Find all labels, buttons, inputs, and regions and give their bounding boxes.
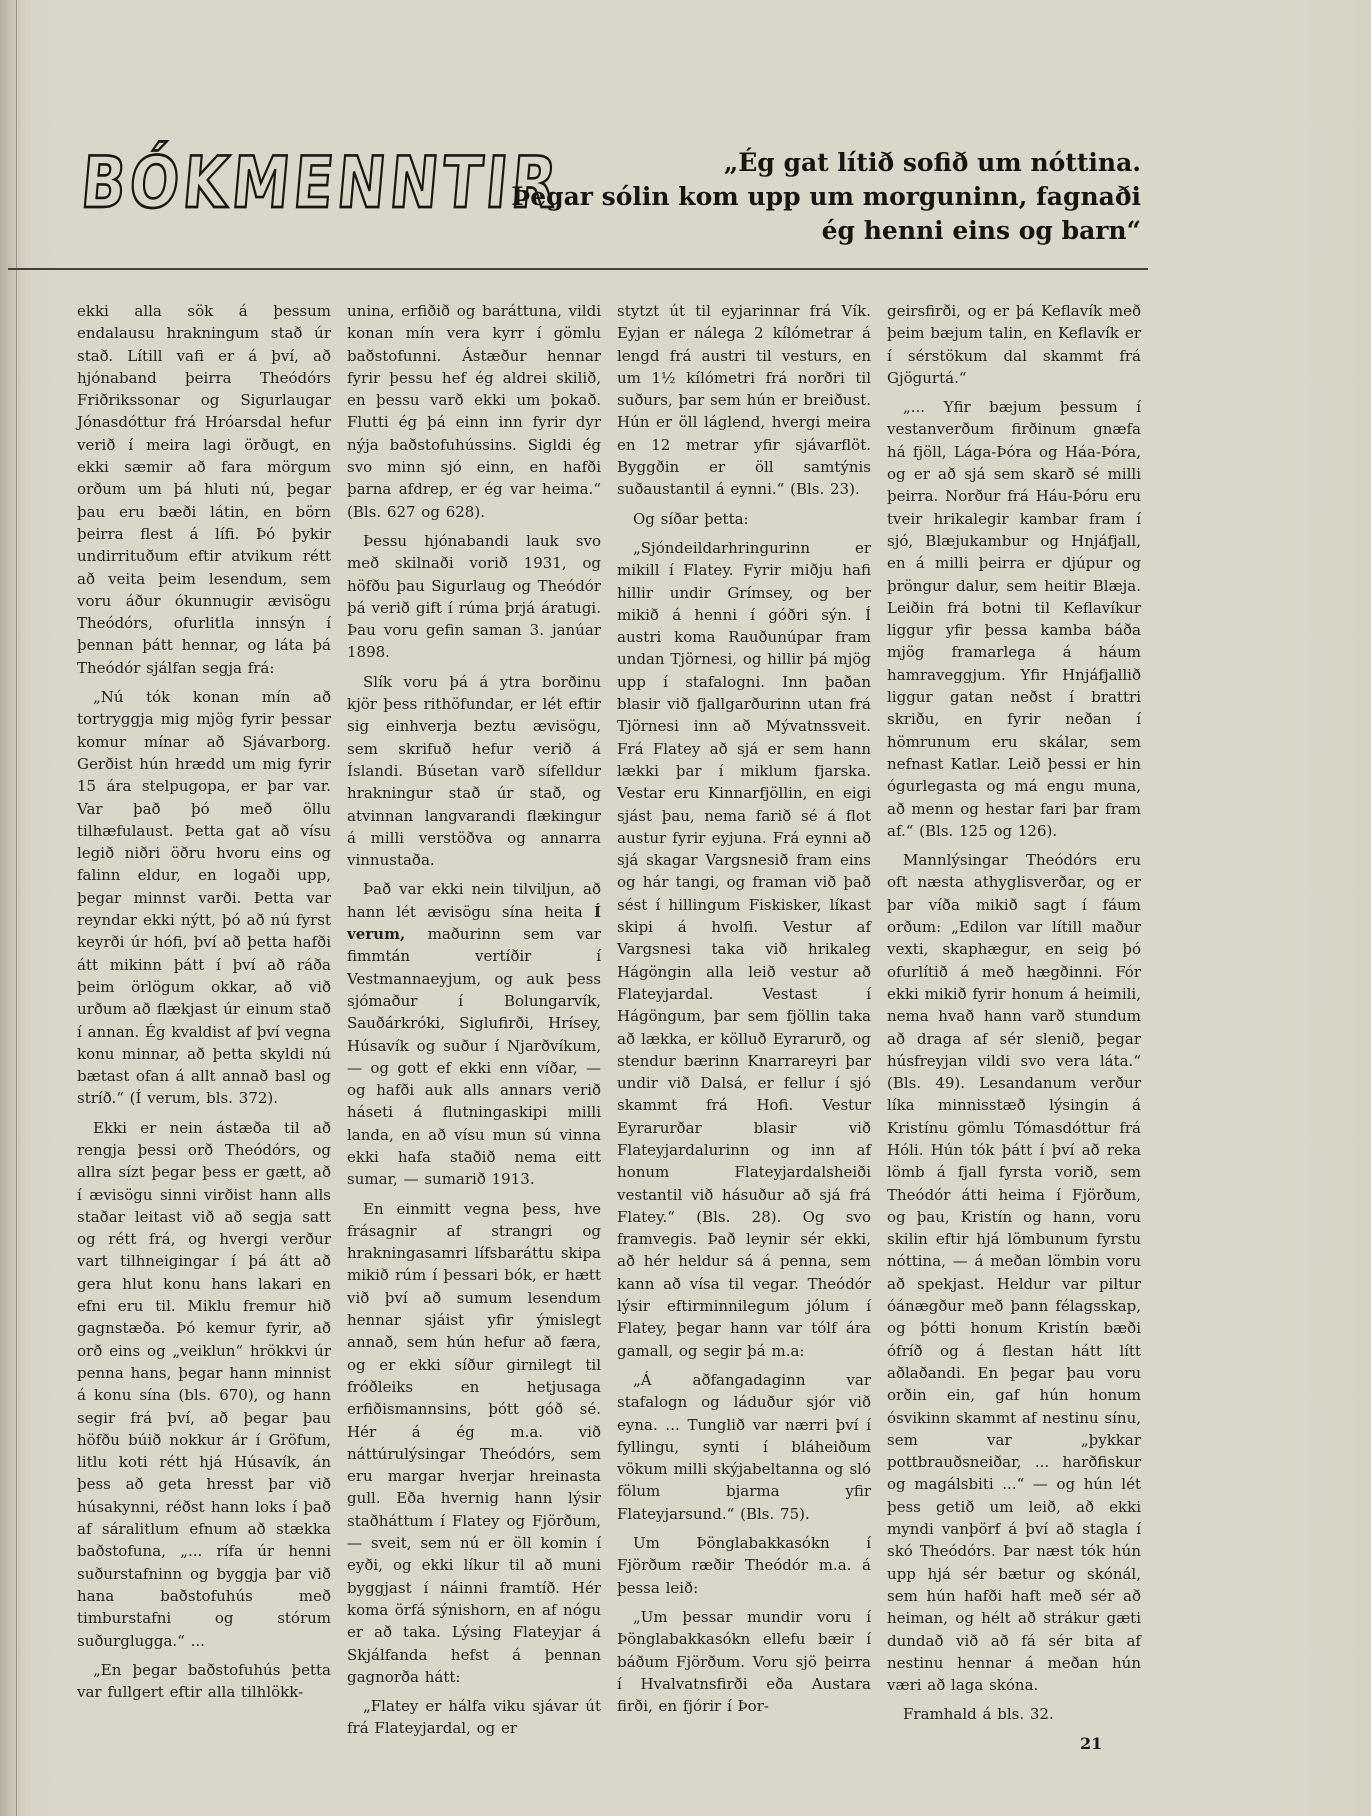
paragraph: „Um þessar mundir voru í Þönglabakkasókn… (617, 1606, 871, 1717)
paragraph: ekki alla sök á þessum endalausu hraknin… (77, 300, 331, 679)
text-run: „Um þessar mundir voru í Þönglabakkasókn… (617, 1608, 871, 1715)
page-fold-crease (16, 0, 17, 1816)
paragraph: Um Þönglabakkasókn í Fjörðum ræðir Theód… (617, 1532, 871, 1599)
page-number: 21 (1080, 1734, 1102, 1753)
text-run: unina, erfiðið og baráttuna, vildi konan… (347, 302, 601, 521)
text-run: Um Þönglabakkasókn í Fjörðum ræðir Theód… (617, 1534, 871, 1597)
paragraph: Ekki er nein ástæða til að rengja þessi … (77, 1117, 331, 1652)
text-run: „... Yfir bæjum þessum í vestanverðum fi… (887, 398, 1141, 840)
text-run: En einmitt vegna þess, hve frásagnir af … (347, 1200, 601, 1686)
header-quote-line-3: ég henni eins og barn“ (511, 214, 1141, 248)
text-run: „En þegar baðstofuhús þetta var fullgert… (77, 1661, 331, 1701)
text-run: geirsfirði, og er þá Keflavík með þeim b… (887, 302, 1141, 387)
paragraph: Slík voru þá á ytra borðinu kjör þess ri… (347, 671, 601, 872)
paragraph: Og síðar þetta: (617, 508, 871, 530)
header-rule (8, 268, 1148, 270)
text-run: Og síðar þetta: (633, 510, 749, 528)
text-run: Mannlýsingar Theódórs eru oft næsta athy… (887, 851, 1141, 1694)
newspaper-page: BÓKMENNTIR „Ég gat lítið sofið um nóttin… (0, 0, 1371, 1816)
text-run: maðurinn sem var fimmtán vertíðir í Vest… (347, 925, 601, 1188)
text-run: „Sjóndeildarhringurinn er mikill í Flate… (617, 539, 871, 1360)
text-column-3: stytzt út til eyjarinnar frá Vík. Eyjan … (617, 300, 871, 1747)
text-run: „Flatey er hálfa viku sjávar út frá Flat… (347, 1697, 601, 1737)
text-run: stytzt út til eyjarinnar frá Vík. Eyjan … (617, 302, 871, 498)
section-logo-bokmenntir: BÓKMENNTIR (78, 141, 564, 224)
text-run: Þessu hjónabandi lauk svo með skilnaði v… (347, 532, 601, 661)
text-run: ekki alla sök á þessum endalausu hraknin… (77, 302, 331, 677)
paragraph: „Nú tók konan mín að tortryggja mig mjög… (77, 686, 331, 1110)
text-column-4: geirsfirði, og er þá Keflavík með þeim b… (887, 300, 1141, 1747)
paragraph: Þessu hjónabandi lauk svo með skilnaði v… (347, 530, 601, 664)
header-quote-line-1: „Ég gat lítið sofið um nóttina. (511, 146, 1141, 180)
paragraph: Mannlýsingar Theódórs eru oft næsta athy… (887, 849, 1141, 1696)
paragraph: Framhald á bls. 32. (887, 1703, 1141, 1725)
header-quote: „Ég gat lítið sofið um nóttina. Þegar só… (511, 146, 1141, 248)
text-run: „Nú tók konan mín að tortryggja mig mjög… (77, 688, 331, 1107)
article-columns: ekki alla sök á þessum endalausu hraknin… (77, 300, 1143, 1747)
text-column-2: unina, erfiðið og baráttuna, vildi konan… (347, 300, 601, 1747)
paragraph: „... Yfir bæjum þessum í vestanverðum fi… (887, 396, 1141, 842)
paragraph: „Flatey er hálfa viku sjávar út frá Flat… (347, 1695, 601, 1740)
paragraph: „Sjóndeildarhringurinn er mikill í Flate… (617, 537, 871, 1362)
paragraph: unina, erfiðið og baráttuna, vildi konan… (347, 300, 601, 523)
text-run: Það var ekki nein tilviljun, að hann lét… (347, 880, 601, 920)
text-run: „Á aðfangadaginn var stafalogn og láduðu… (617, 1371, 871, 1523)
paragraph: „Á aðfangadaginn var stafalogn og láduðu… (617, 1369, 871, 1525)
text-run: Slík voru þá á ytra borðinu kjör þess ri… (347, 673, 601, 869)
paragraph: stytzt út til eyjarinnar frá Vík. Eyjan … (617, 300, 871, 501)
paragraph: geirsfirði, og er þá Keflavík með þeim b… (887, 300, 1141, 389)
text-run: Framhald á bls. 32. (903, 1705, 1054, 1723)
paragraph: Það var ekki nein tilviljun, að hann lét… (347, 878, 601, 1190)
text-column-1: ekki alla sök á þessum endalausu hraknin… (77, 300, 331, 1747)
paragraph: „En þegar baðstofuhús þetta var fullgert… (77, 1659, 331, 1704)
paragraph: En einmitt vegna þess, hve frásagnir af … (347, 1198, 601, 1689)
header-quote-line-2: Þegar sólin kom upp um morguninn, fagnað… (511, 180, 1141, 214)
text-run: Ekki er nein ástæða til að rengja þessi … (77, 1119, 331, 1650)
